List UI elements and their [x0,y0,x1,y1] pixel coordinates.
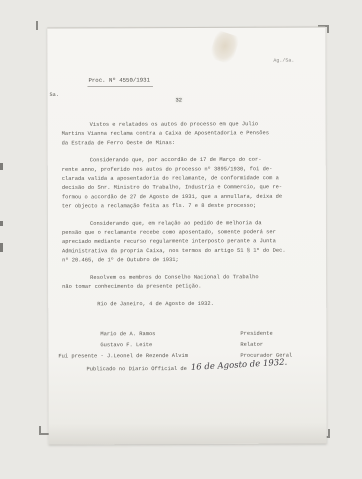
body-line: Administrativa da propria Caixa, nos ter… [62,246,313,256]
signature-name: Gustavo F. Leite [100,341,152,350]
signature-role: Relator [240,340,263,349]
paper-stain [208,30,240,65]
body-line: não tomar conhecimento da presente petiç… [62,282,313,292]
paragraph-considerando-1: Considerando que, por accordão de 17 de … [62,155,313,211]
body-line: formou o accordão de 27 de Agosto de 193… [62,192,313,202]
body-line: ter objecto a reclamação feita as fls. 7… [62,201,313,211]
document-body: Vistos e relatados os autos do processo … [62,120,314,375]
film-edge-mark [0,243,3,252]
body-line: da Estrada de Ferro Oeste de Minas: [62,138,313,148]
signature-row: Gustavo F. Leite Relator [62,340,313,352]
signature-name: Mario de A. Ramos [100,330,155,339]
corner-initials: Ag./Sa. [273,57,294,66]
margin-initials: Sa. [49,90,58,99]
publication-typed-text: Publicado no Diario Official de [86,366,190,372]
crop-mark-bottom-left [39,426,49,435]
paragraph-resolucao: Resolvem os membros do Conselho Nacional… [62,272,313,291]
document-page: Ag./Sa. Proc. Nº 4550/1931 Sa. 32 Vistos… [47,27,326,445]
signature-row: Mario de A. Ramos Presidente [62,329,313,341]
film-edge-mark [0,221,3,226]
process-number: Proc. Nº 4550/1931 [87,76,153,87]
signature-role: Presidente [240,329,272,338]
page-content: Ag./Sa. Proc. Nº 4550/1931 Sa. 32 Vistos… [47,28,326,445]
crop-mark-top-left [36,21,38,30]
photograph-background: Ag./Sa. Proc. Nº 4550/1931 Sa. 32 Vistos… [0,0,362,479]
paragraph-vistos: Vistos e relatados os autos do processo … [62,120,313,148]
signature-name: Fui presente - J.Leonel de Rezende Alvim [58,351,188,361]
paragraph-considerando-2: Considerando que, em relação ao pedido d… [62,218,313,265]
body-line: nº 20.465, de 1º de Outubro de 1931; [62,255,313,265]
film-edge-mark [0,163,3,170]
page-number: 32 [176,96,183,105]
dateline: Rio de Janeiro, 4 de Agosto de 1932. [97,299,313,309]
publication-line: Publicado no Diario Official de 16 de Ag… [86,363,313,374]
